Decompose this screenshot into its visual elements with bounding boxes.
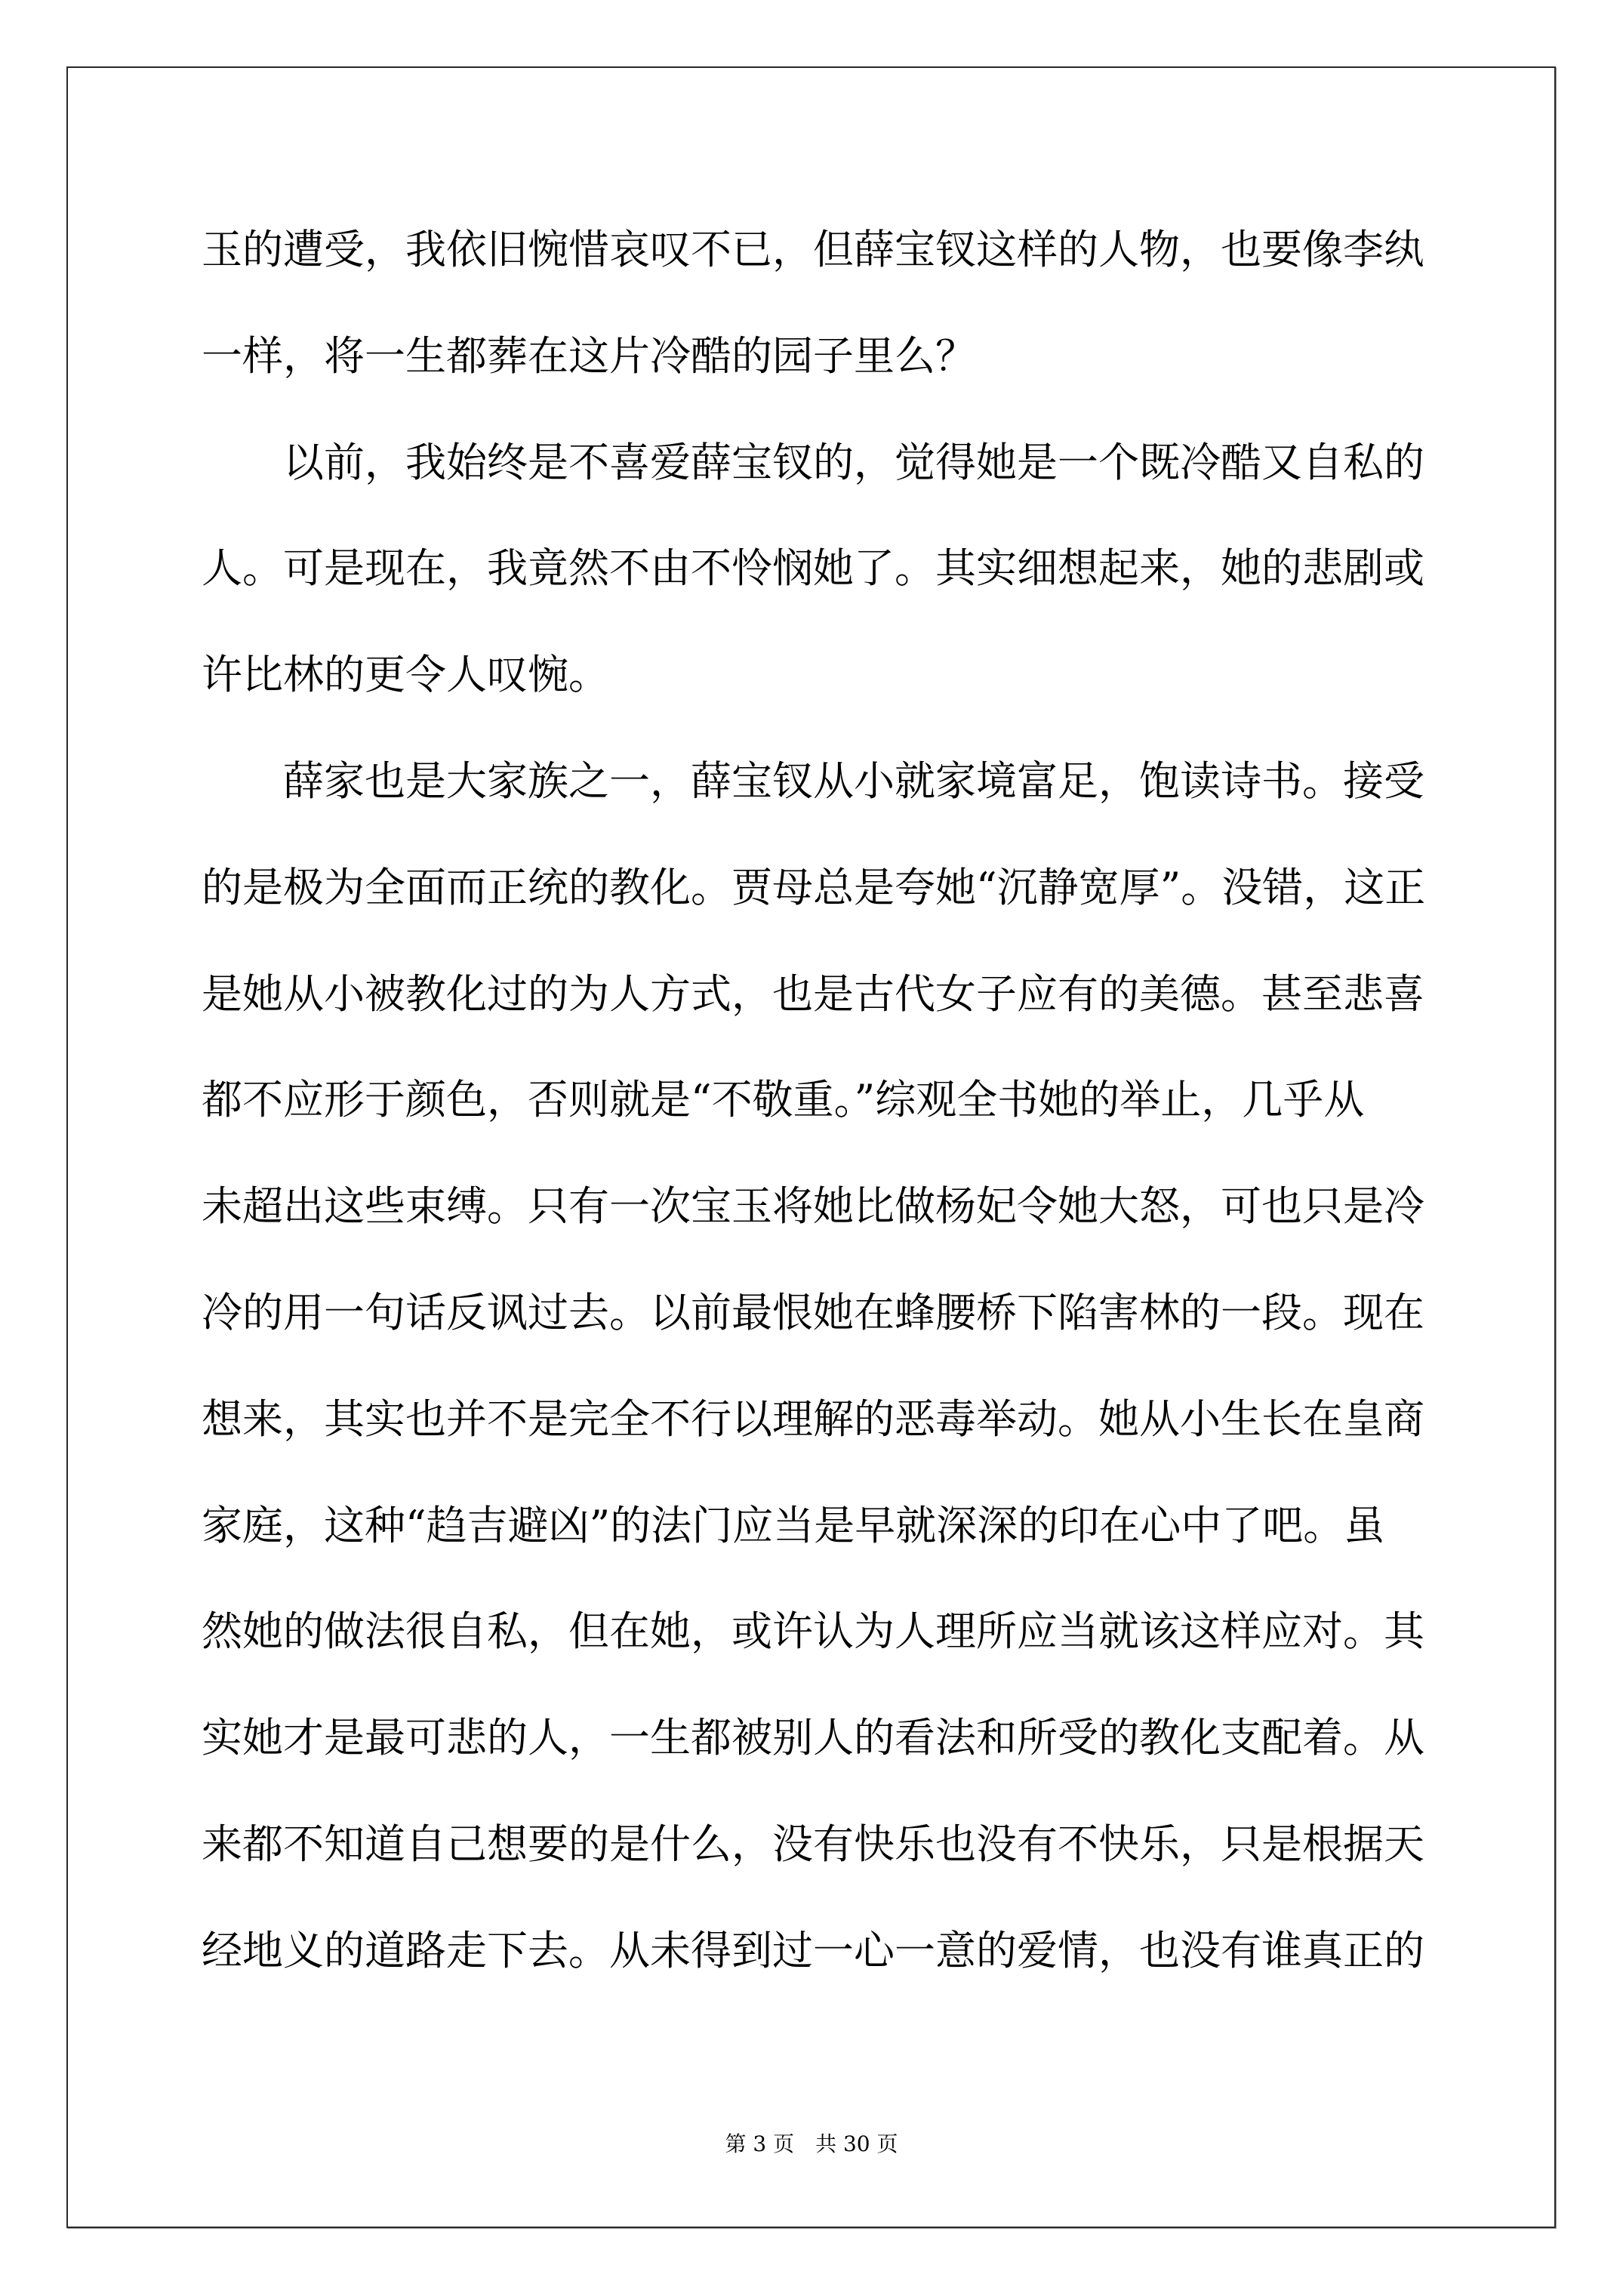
document-body: 玉的遭受，我依旧惋惜哀叹不已，但薛宝钗这样的人物，也要像李纨 一样，将一生都葬在… (202, 197, 1440, 2005)
text-line: 的是极为全面而正统的教化。贾母总是夸她“沉静宽厚”。没错，这正 (202, 835, 1440, 942)
text-line: 一样，将一生都葬在这片冷酷的园子里么？ (202, 304, 1440, 410)
text-line: 家庭，这种“趋吉避凶”的法门应当是早就深深的印在心中了吧。虽 (202, 1473, 1440, 1579)
text-line: 冷的用一句话反讽过去。以前最恨她在蜂腰桥下陷害林的一段。现在 (202, 1260, 1440, 1367)
text-line: 许比林的更令人叹惋。 (202, 622, 1440, 729)
text-line: 人。可是现在，我竟然不由不怜悯她了。其实细想起来，她的悲剧或 (202, 516, 1440, 622)
text-line: 想来，其实也并不是完全不行以理解的恶毒举动。她从小生长在皇商 (202, 1367, 1440, 1473)
text-line: 薛家也是大家族之一，薛宝钗从小就家境富足，饱读诗书。接受 (202, 729, 1440, 835)
text-line: 都不应形于颜色，否则就是“不敬重。”综观全书她的举止，几乎从 (202, 1047, 1440, 1154)
text-line: 未超出这些束缚。只有一次宝玉将她比做杨妃令她大怒，可也只是冷 (202, 1154, 1440, 1260)
text-line: 以前，我始终是不喜爱薛宝钗的，觉得她是一个既冷酷又自私的 (202, 410, 1440, 516)
text-line: 玉的遭受，我依旧惋惜哀叹不已，但薛宝钗这样的人物，也要像李纨 (202, 197, 1440, 304)
text-line: 实她才是最可悲的人，一生都被别人的看法和所受的教化支配着。从 (202, 1685, 1440, 1792)
text-line: 经地义的道路走下去。从未得到过一心一意的爱情，也没有谁真正的 (202, 1898, 1440, 2005)
text-line: 然她的做法很自私，但在她，或许认为人理所应当就该这样应对。其 (202, 1579, 1440, 1685)
page-number-footer: 第 3 页 共 30 页 (0, 2129, 1623, 2159)
text-line: 是她从小被教化过的为人方式，也是古代女子应有的美德。甚至悲喜 (202, 942, 1440, 1048)
text-line: 来都不知道自己想要的是什么，没有快乐也没有不快乐，只是根据天 (202, 1792, 1440, 1898)
